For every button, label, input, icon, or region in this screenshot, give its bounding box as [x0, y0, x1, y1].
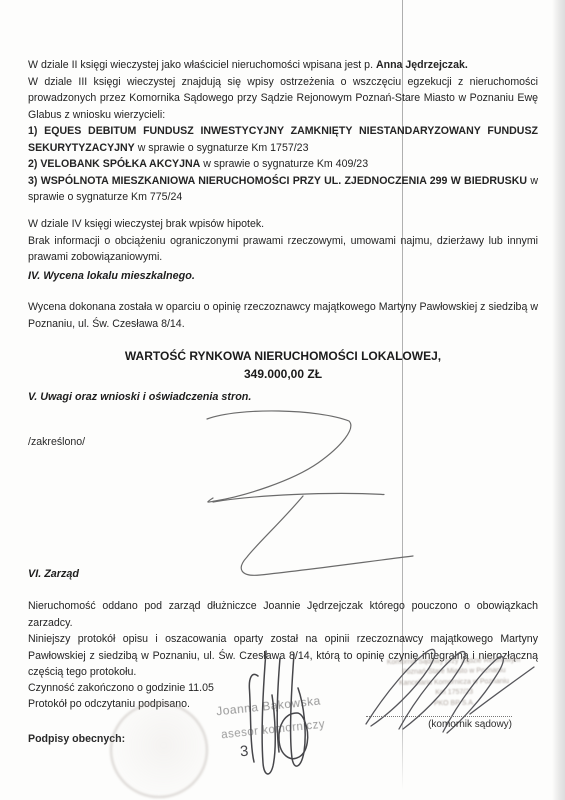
crossout-z-scribble [207, 411, 413, 575]
paragraph-management: Nieruchomość oddano pod zarząd dłużniczc… [28, 598, 538, 631]
section-land-register: W dziale II księgi wieczystej jako właśc… [28, 57, 538, 206]
handwritten-page-number: 3 [239, 743, 249, 761]
heading-section-4: IV. Wycena lokalu mieszkalnego. [28, 270, 538, 282]
creditor-item-3: 3) WSPÓLNOTA MIESZKANIOWA NIERUCHOMOŚCI … [28, 173, 538, 206]
paragraph-no-mortgages: W dziale IV księgi wieczystej brak wpisó… [28, 216, 538, 233]
paragraph-valuation: Wycena dokonana została w oparciu o opin… [28, 299, 538, 332]
section-mortgages: W dziale IV księgi wieczystej brak wpisó… [28, 216, 538, 266]
creditor-item-2: 2) VELOBANK SPÓŁKA AKCYJNA w sprawie o s… [28, 156, 538, 173]
zakreslono-note: /zakreślono/ [28, 436, 85, 448]
section-valuation: Wycena dokonana została w oparciu o opin… [28, 299, 538, 332]
round-stamp-faint [110, 702, 208, 798]
paragraph-encumbrances: Brak informacji o obciążeniu ograniczony… [28, 233, 538, 266]
assessor-title-stamp: asesor komorniczy [221, 719, 326, 742]
scan-edge-shadow [552, 0, 565, 800]
paragraph-owner: W dziale II księgi wieczystej jako właśc… [28, 57, 538, 74]
scanned-protocol-page: W dziale II księgi wieczystej jako właśc… [0, 0, 565, 800]
heading-section-5: V. Uwagi oraz wnioski i oświadczenia str… [28, 391, 538, 403]
bailiff-signature-label: (komornik sądowy) [378, 719, 512, 730]
section-management: Nieruchomość oddano pod zarząd dłużniczc… [28, 598, 538, 631]
creditor-item-1: 1) EQUES DEBITUM FUNDUSZ INWESTYCYJNY ZA… [28, 123, 538, 156]
paragraph-warnings: W dziale III księgi wieczystej znajdują … [28, 74, 538, 124]
market-value-amount: 349.000,00 ZŁ [28, 366, 538, 384]
heading-section-6: VI. Zarząd [28, 568, 538, 580]
market-value-block: WARTOŚĆ RYNKOWA NIERUCHOMOŚCI LOKALOWEJ,… [28, 348, 538, 383]
signature-dotted-line [366, 703, 512, 717]
market-value-title: WARTOŚĆ RYNKOWA NIERUCHOMOŚCI LOKALOWEJ, [28, 348, 538, 366]
